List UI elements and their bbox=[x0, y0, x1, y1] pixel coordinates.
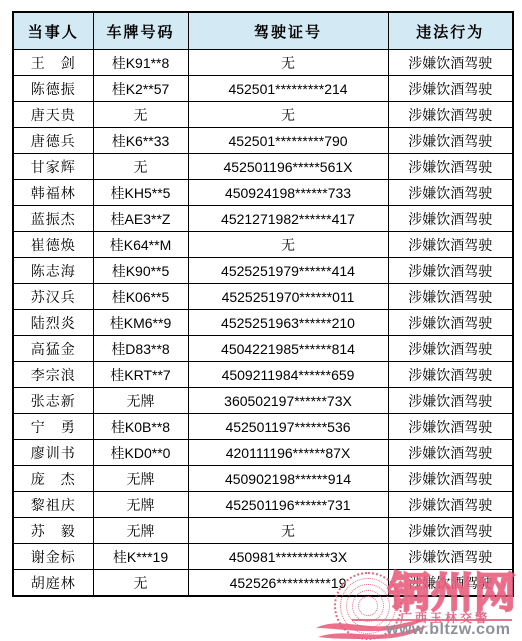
party-name-cell: 王 剑 bbox=[13, 50, 93, 76]
stamp-ring bbox=[358, 596, 378, 616]
party-name-cell: 陈志海 bbox=[13, 258, 93, 284]
watermark-tagline: 广西玉林交警 bbox=[400, 609, 490, 626]
violation-cell: 涉嫌饮酒驾驶 bbox=[388, 336, 513, 362]
watermark-url: www.bltzw.com bbox=[386, 621, 510, 639]
party-name-cell: 苏 毅 bbox=[13, 518, 93, 544]
party-name-cell: 苏汉兵 bbox=[13, 284, 93, 310]
license-number-cell: 4509211984******659 bbox=[188, 362, 388, 388]
plate-number-cell: 桂KH5**5 bbox=[93, 180, 188, 206]
violation-cell: 涉嫌饮酒驾驶 bbox=[388, 50, 513, 76]
table-row: 王 剑桂K91**8无涉嫌饮酒驾驶 bbox=[13, 50, 513, 76]
page: 当事人 车牌号码 驾驶证号 违法行为 王 剑桂K91**8无涉嫌饮酒驾驶陈德振桂… bbox=[0, 0, 522, 641]
table-row: 蓝振杰桂AE3**Z4521271982******417涉嫌饮酒驾驶 bbox=[13, 206, 513, 232]
plate-number-cell: 桂K90**5 bbox=[93, 258, 188, 284]
license-number-cell: 452501*********790 bbox=[188, 128, 388, 154]
party-name-cell: 高猛金 bbox=[13, 336, 93, 362]
license-number-cell: 450902198******914 bbox=[188, 466, 388, 492]
plate-number-cell: 无牌 bbox=[93, 388, 188, 414]
plate-number-cell: 桂K64**M bbox=[93, 232, 188, 258]
violation-cell: 涉嫌饮酒驾驶 bbox=[388, 180, 513, 206]
violation-cell: 涉嫌饮酒驾驶 bbox=[388, 284, 513, 310]
table-row: 廖训书桂KD0**0420111196******87X涉嫌饮酒驾驶 bbox=[13, 440, 513, 466]
party-name-cell: 陈德振 bbox=[13, 76, 93, 102]
license-number-cell: 420111196******87X bbox=[188, 440, 388, 466]
table-row: 李宗浪桂KRT**74509211984******659涉嫌饮酒驾驶 bbox=[13, 362, 513, 388]
violation-cell: 涉嫌饮酒驾驶 bbox=[388, 232, 513, 258]
license-number-cell: 4504221985******814 bbox=[188, 336, 388, 362]
party-name-cell: 廖训书 bbox=[13, 440, 93, 466]
violation-cell: 涉嫌饮酒驾驶 bbox=[388, 154, 513, 180]
table-row: 陈志海桂K90**54525251979******414涉嫌饮酒驾驶 bbox=[13, 258, 513, 284]
violation-cell: 涉嫌饮酒驾驶 bbox=[388, 570, 513, 597]
party-name-cell: 张志新 bbox=[13, 388, 93, 414]
license-number-cell: 450924198******733 bbox=[188, 180, 388, 206]
party-name-cell: 蓝振杰 bbox=[13, 206, 93, 232]
table-row: 陆烈炎桂KM6**94525251963******210涉嫌饮酒驾驶 bbox=[13, 310, 513, 336]
plate-number-cell: 桂K2**57 bbox=[93, 76, 188, 102]
wave-swoosh-icon bbox=[314, 616, 430, 641]
license-number-cell: 4525251970******011 bbox=[188, 284, 388, 310]
license-number-cell: 450981**********3X bbox=[188, 544, 388, 570]
party-name-cell: 韩福林 bbox=[13, 180, 93, 206]
license-number-cell: 4521271982******417 bbox=[188, 206, 388, 232]
table-row: 谢金标桂K***19450981**********3X涉嫌饮酒驾驶 bbox=[13, 544, 513, 570]
header-row: 当事人 车牌号码 驾驶证号 违法行为 bbox=[13, 12, 513, 50]
table-row: 宁 勇桂K0B**8452501197******536涉嫌饮酒驾驶 bbox=[13, 414, 513, 440]
violations-table: 当事人 车牌号码 驾驶证号 违法行为 王 剑桂K91**8无涉嫌饮酒驾驶陈德振桂… bbox=[12, 11, 514, 597]
license-number-cell: 452526**********19 bbox=[188, 570, 388, 597]
plate-number-cell: 桂K06**5 bbox=[93, 284, 188, 310]
violation-cell: 涉嫌饮酒驾驶 bbox=[388, 102, 513, 128]
plate-number-cell: 无 bbox=[93, 154, 188, 180]
violation-cell: 涉嫌饮酒驾驶 bbox=[388, 466, 513, 492]
table-row: 庞 杰无牌450902198******914涉嫌饮酒驾驶 bbox=[13, 466, 513, 492]
violation-cell: 涉嫌饮酒驾驶 bbox=[388, 518, 513, 544]
plate-number-cell: 桂KM6**9 bbox=[93, 310, 188, 336]
table-row: 高猛金桂D83**84504221985******814涉嫌饮酒驾驶 bbox=[13, 336, 513, 362]
party-name-cell: 谢金标 bbox=[13, 544, 93, 570]
plate-number-cell: 桂K***19 bbox=[93, 544, 188, 570]
table-row: 胡庭林无452526**********19涉嫌饮酒驾驶 bbox=[13, 570, 513, 597]
party-name-cell: 黎祖庆 bbox=[13, 492, 93, 518]
watermark-divider bbox=[352, 619, 512, 621]
license-number-cell: 无 bbox=[188, 518, 388, 544]
party-name-cell: 甘家辉 bbox=[13, 154, 93, 180]
violation-cell: 涉嫌饮酒驾驶 bbox=[388, 414, 513, 440]
violation-cell: 涉嫌饮酒驾驶 bbox=[388, 76, 513, 102]
license-number-cell: 4525251979******414 bbox=[188, 258, 388, 284]
party-name-cell: 宁 勇 bbox=[13, 414, 93, 440]
plate-number-cell: 桂AE3**Z bbox=[93, 206, 188, 232]
violation-cell: 涉嫌饮酒驾驶 bbox=[388, 128, 513, 154]
plate-number-cell: 桂K91**8 bbox=[93, 50, 188, 76]
violation-cell: 涉嫌饮酒驾驶 bbox=[388, 544, 513, 570]
plate-number-cell: 无 bbox=[93, 570, 188, 597]
violation-cell: 涉嫌饮酒驾驶 bbox=[388, 492, 513, 518]
table-row: 甘家辉无452501196*****561X涉嫌饮酒驾驶 bbox=[13, 154, 513, 180]
license-number-cell: 无 bbox=[188, 232, 388, 258]
table-row: 黎祖庆无牌452501196******731涉嫌饮酒驾驶 bbox=[13, 492, 513, 518]
party-name-cell: 唐天贵 bbox=[13, 102, 93, 128]
party-name-cell: 庞 杰 bbox=[13, 466, 93, 492]
table-row: 苏 毅无牌无涉嫌饮酒驾驶 bbox=[13, 518, 513, 544]
party-name-cell: 崔德焕 bbox=[13, 232, 93, 258]
party-name-cell: 唐德兵 bbox=[13, 128, 93, 154]
table-header: 当事人 车牌号码 驾驶证号 违法行为 bbox=[13, 12, 513, 50]
plate-number-cell: 桂KRT**7 bbox=[93, 362, 188, 388]
license-number-cell: 4525251963******210 bbox=[188, 310, 388, 336]
violation-cell: 涉嫌饮酒驾驶 bbox=[388, 388, 513, 414]
license-number-cell: 452501*********214 bbox=[188, 76, 388, 102]
column-header-violation: 违法行为 bbox=[388, 12, 513, 50]
table-row: 陈德振桂K2**57452501*********214涉嫌饮酒驾驶 bbox=[13, 76, 513, 102]
table-row: 唐天贵无无涉嫌饮酒驾驶 bbox=[13, 102, 513, 128]
license-number-cell: 360502197******73X bbox=[188, 388, 388, 414]
column-header-plate: 车牌号码 bbox=[93, 12, 188, 50]
plate-number-cell: 无牌 bbox=[93, 492, 188, 518]
column-header-party: 当事人 bbox=[13, 12, 93, 50]
table-row: 唐德兵桂K6**33452501*********790涉嫌饮酒驾驶 bbox=[13, 128, 513, 154]
violation-cell: 涉嫌饮酒驾驶 bbox=[388, 310, 513, 336]
plate-number-cell: 无牌 bbox=[93, 466, 188, 492]
plate-number-cell: 桂KD0**0 bbox=[93, 440, 188, 466]
party-name-cell: 胡庭林 bbox=[13, 570, 93, 597]
violation-cell: 涉嫌饮酒驾驶 bbox=[388, 440, 513, 466]
party-name-cell: 李宗浪 bbox=[13, 362, 93, 388]
party-name-cell: 陆烈炎 bbox=[13, 310, 93, 336]
table-row: 苏汉兵桂K06**54525251970******011涉嫌饮酒驾驶 bbox=[13, 284, 513, 310]
table-body: 王 剑桂K91**8无涉嫌饮酒驾驶陈德振桂K2**57452501*******… bbox=[13, 50, 513, 597]
license-number-cell: 无 bbox=[188, 102, 388, 128]
license-number-cell: 452501196*****561X bbox=[188, 154, 388, 180]
plate-number-cell: 桂D83**8 bbox=[93, 336, 188, 362]
plate-number-cell: 桂K0B**8 bbox=[93, 414, 188, 440]
violation-cell: 涉嫌饮酒驾驶 bbox=[388, 258, 513, 284]
violation-cell: 涉嫌饮酒驾驶 bbox=[388, 362, 513, 388]
column-header-license: 驾驶证号 bbox=[188, 12, 388, 50]
plate-number-cell: 无牌 bbox=[93, 518, 188, 544]
table-row: 张志新无牌360502197******73X涉嫌饮酒驾驶 bbox=[13, 388, 513, 414]
license-number-cell: 452501196******731 bbox=[188, 492, 388, 518]
plate-number-cell: 无 bbox=[93, 102, 188, 128]
violation-cell: 涉嫌饮酒驾驶 bbox=[388, 206, 513, 232]
license-number-cell: 无 bbox=[188, 50, 388, 76]
license-number-cell: 452501197******536 bbox=[188, 414, 388, 440]
plate-number-cell: 桂K6**33 bbox=[93, 128, 188, 154]
table-row: 崔德焕桂K64**M无涉嫌饮酒驾驶 bbox=[13, 232, 513, 258]
table-row: 韩福林桂KH5**5450924198******733涉嫌饮酒驾驶 bbox=[13, 180, 513, 206]
